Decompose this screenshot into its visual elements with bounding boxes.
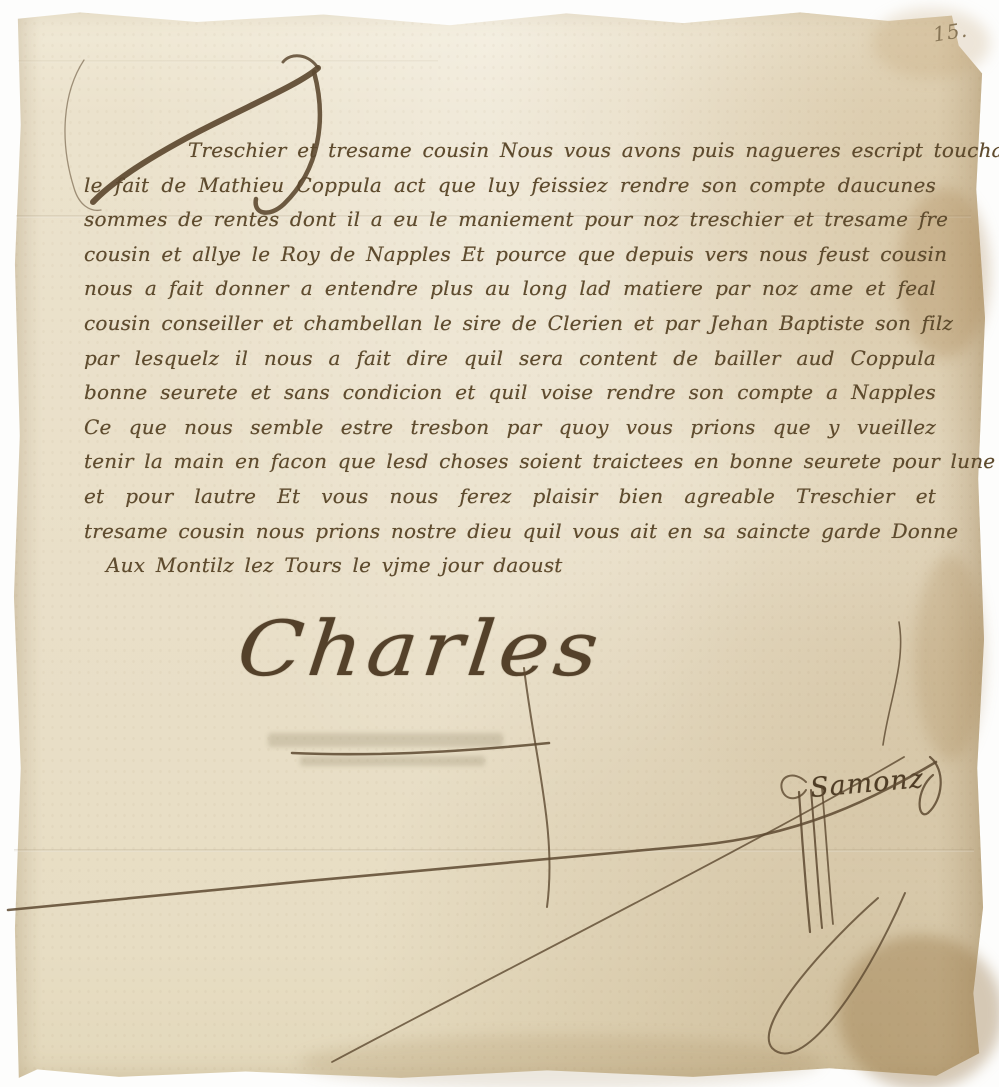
manuscript-line: bonne seurete et sans condicion et quil … — [84, 375, 936, 410]
manuscript-line: cousin conseiller et chambellan le sire … — [84, 306, 936, 341]
manuscript-line: sommes de rentes dont il a eu le manieme… — [84, 202, 936, 237]
manuscript-line: par lesquelz il nous a fait dire quil se… — [84, 341, 936, 376]
manuscript-dateline: Aux Montilz lez Tours le vjme jour daous… — [106, 548, 936, 583]
manuscript-line: tenir la main en facon que lesd choses s… — [84, 444, 936, 479]
manuscript-line: Ce que nous semble estre tresbon par quo… — [84, 410, 936, 445]
manuscript-line: tresame cousin nous prions nostre dieu q… — [84, 514, 936, 549]
manuscript-line: nous a fait donner a entendre plus au lo… — [84, 271, 936, 306]
manuscript-line: Treschier et tresame cousin Nous vous av… — [188, 133, 936, 168]
manuscript-line: et pour lautre Et vous nous ferez plaisi… — [84, 479, 936, 514]
letter-body: Treschier et tresame cousin Nous vous av… — [84, 133, 936, 583]
royal-signature: Charles — [234, 604, 607, 693]
manuscript-line: cousin et allye le Roy de Napples Et pou… — [84, 237, 936, 272]
folio-number: 15. — [931, 17, 969, 46]
manuscript-line: le fait de Mathieu Coppula act que luy f… — [84, 168, 936, 203]
